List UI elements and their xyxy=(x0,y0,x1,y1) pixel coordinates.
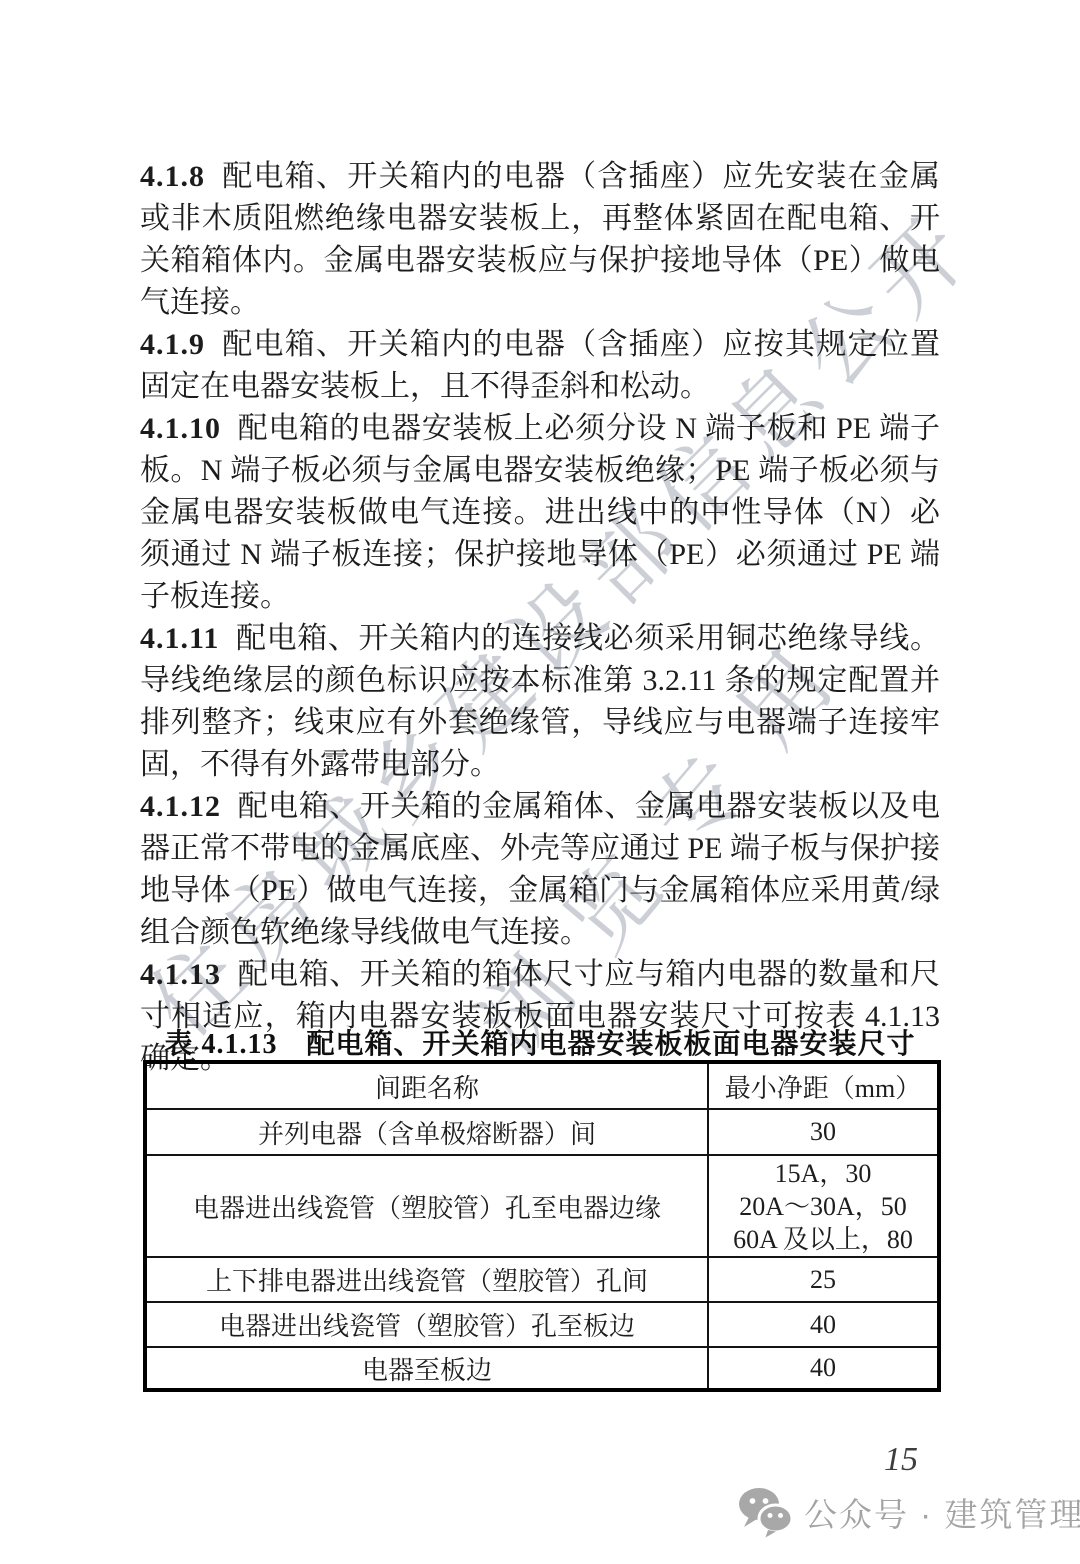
table-row-label: 电器进出线瓷管（塑胶管）孔至电器边缘 xyxy=(145,1155,708,1257)
page-number: 15 xyxy=(856,1441,946,1479)
clause-number: 4.1.8 xyxy=(140,160,205,193)
table-row-label: 上下排电器进出线瓷管（塑胶管）孔间 xyxy=(145,1257,708,1302)
table-header-cell: 间距名称 xyxy=(145,1062,708,1109)
table-row-label: 电器进出线瓷管（塑胶管）孔至板边 xyxy=(145,1302,708,1347)
clause-number: 4.1.10 xyxy=(140,412,221,445)
table-row: 上下排电器进出线瓷管（塑胶管）孔间 25 xyxy=(145,1257,939,1302)
clause-paragraph: 4.1.9配电箱、开关箱内的电器（含插座）应按其规定位置固定在电器安装板上，且不… xyxy=(140,324,940,408)
clause-text: 配电箱的电器安装板上必须分设 N 端子板和 PE 端子板。N 端子板必须与金属电… xyxy=(140,412,940,613)
table-row-label: 并列电器（含单极熔断器）间 xyxy=(145,1109,708,1155)
clause-text: 配电箱、开关箱内的连接线必须采用铜芯绝缘导线。导线绝缘层的颜色标识应按本标准第 … xyxy=(140,622,940,781)
clause-number: 4.1.13 xyxy=(140,958,221,991)
clause-list: 4.1.8配电箱、开关箱内的电器（含插座）应先安装在金属或非木质阻燃绝缘电器安装… xyxy=(140,156,940,1080)
clause-paragraph: 4.1.8配电箱、开关箱内的电器（含插座）应先安装在金属或非木质阻燃绝缘电器安装… xyxy=(140,156,940,324)
clause-number: 4.1.11 xyxy=(140,622,219,655)
table-value-line: 15A，30 xyxy=(709,1157,937,1190)
document-page: 住房城乡建设部信息公开 浏览专用 4.1.8配电箱、开关箱内的电器（含插座）应先… xyxy=(0,0,1080,1564)
table-cell-value: 15A，30 20A～30A，50 60A 及以上，80 xyxy=(708,1155,939,1257)
footer: 公众号 · 建筑管理 xyxy=(738,1486,1080,1538)
table-row: 并列电器（含单极熔断器）间 30 xyxy=(145,1109,939,1155)
clause-paragraph: 4.1.12配电箱、开关箱的金属箱体、金属电器安装板以及电器正常不带电的金属底座… xyxy=(140,786,940,954)
table-row: 电器进出线瓷管（塑胶管）孔至板边 40 xyxy=(145,1302,939,1347)
clause-number: 4.1.9 xyxy=(140,328,205,361)
wechat-icon xyxy=(738,1486,794,1538)
dimensions-table: 间距名称 最小净距（mm） 并列电器（含单极熔断器）间 30 电器进出线瓷管（塑… xyxy=(143,1060,941,1392)
table-cell-value: 40 xyxy=(708,1302,939,1347)
clause-paragraph: 4.1.11配电箱、开关箱内的连接线必须采用铜芯绝缘导线。导线绝缘层的颜色标识应… xyxy=(140,618,940,786)
table-header-cell: 最小净距（mm） xyxy=(708,1062,939,1109)
table-value-line: 60A 及以上，80 xyxy=(709,1223,937,1256)
table-title: 表 4.1.13 配电箱、开关箱内电器安装板板面电器安装尺寸 xyxy=(0,1022,1080,1062)
clause-text: 配电箱、开关箱内的电器（含插座）应先安装在金属或非木质阻燃绝缘电器安装板上，再整… xyxy=(140,160,940,319)
footer-account-label: 公众号 · 建筑管理 xyxy=(804,1489,1080,1536)
clause-number: 4.1.12 xyxy=(140,790,221,823)
table-value-line: 20A～30A，50 xyxy=(709,1190,937,1223)
clause-text: 配电箱、开关箱内的电器（含插座）应按其规定位置固定在电器安装板上，且不得歪斜和松… xyxy=(140,328,940,403)
table-cell-value: 30 xyxy=(708,1109,939,1155)
clause-text: 配电箱、开关箱的金属箱体、金属电器安装板以及电器正常不带电的金属底座、外壳等应通… xyxy=(140,790,940,949)
table-row: 电器进出线瓷管（塑胶管）孔至电器边缘 15A，30 20A～30A，50 60A… xyxy=(145,1155,939,1257)
table-cell-value: 25 xyxy=(708,1257,939,1302)
table-cell-value: 40 xyxy=(708,1347,939,1390)
table-row: 电器至板边 40 xyxy=(145,1347,939,1390)
table-header-row: 间距名称 最小净距（mm） xyxy=(145,1062,939,1109)
clause-paragraph: 4.1.10配电箱的电器安装板上必须分设 N 端子板和 PE 端子板。N 端子板… xyxy=(140,408,940,618)
table-row-label: 电器至板边 xyxy=(145,1347,708,1390)
